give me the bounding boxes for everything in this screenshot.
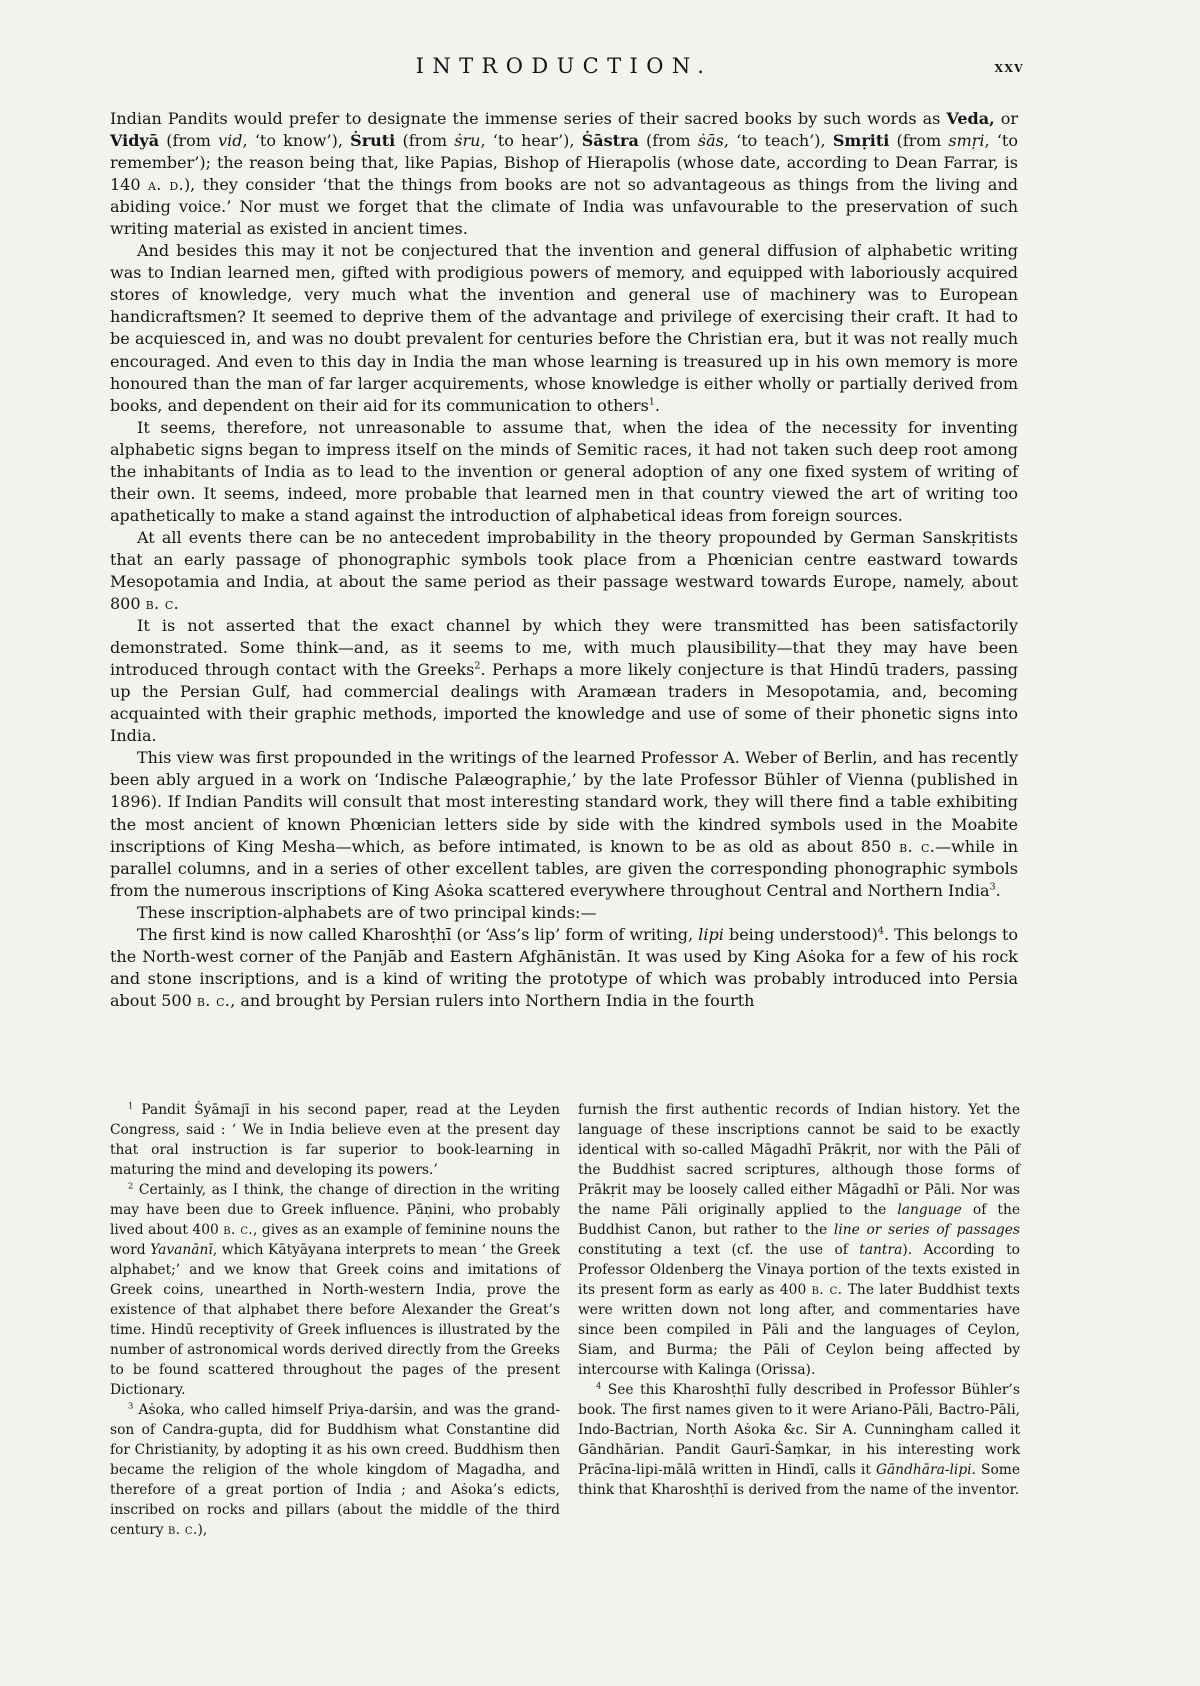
footnote-paragraph: furnish the first authentic records of I… bbox=[578, 1100, 1020, 1380]
page-header: INTRODUCTION. xxv bbox=[110, 54, 1018, 88]
footnotes: 1 Pandit Ṡyāmajī in his second paper, re… bbox=[110, 1100, 1020, 1540]
paragraph: It seems, therefore, not unreasonable to… bbox=[110, 417, 1018, 527]
page-title: INTRODUCTION. bbox=[110, 54, 1018, 78]
page-number: xxv bbox=[995, 57, 1024, 76]
paragraph: At all events there can be no antecedent… bbox=[110, 527, 1018, 615]
footnotes-left-column: 1 Pandit Ṡyāmajī in his second paper, re… bbox=[110, 1100, 560, 1540]
footnote-paragraph: 2 Certainly, as I think, the change of d… bbox=[110, 1180, 560, 1400]
paragraph: This view was first propounded in the wr… bbox=[110, 747, 1018, 901]
paragraph: And besides this may it not be conjectur… bbox=[110, 240, 1018, 416]
paragraph: Indian Pandits would prefer to designate… bbox=[110, 108, 1018, 240]
footnote-paragraph: 1 Pandit Ṡyāmajī in his second paper, re… bbox=[110, 1100, 560, 1180]
footnote-paragraph: 4 See this Kharoshṭhī fully described in… bbox=[578, 1380, 1020, 1500]
paragraph: These inscription-alphabets are of two p… bbox=[110, 902, 1018, 924]
paragraph: It is not asserted that the exact channe… bbox=[110, 615, 1018, 747]
footnotes-right-column: furnish the first authentic records of I… bbox=[578, 1100, 1020, 1540]
footnote-paragraph: 3 Aṡoka, who called himself Priya-darṡin… bbox=[110, 1400, 560, 1540]
body-text: Indian Pandits would prefer to designate… bbox=[110, 108, 1018, 1012]
scanned-page: INTRODUCTION. xxv Indian Pandits would p… bbox=[0, 0, 1200, 1686]
paragraph: The first kind is now called Kharoshṭhī … bbox=[110, 924, 1018, 1012]
page-content: INTRODUCTION. xxv Indian Pandits would p… bbox=[110, 54, 1018, 1012]
